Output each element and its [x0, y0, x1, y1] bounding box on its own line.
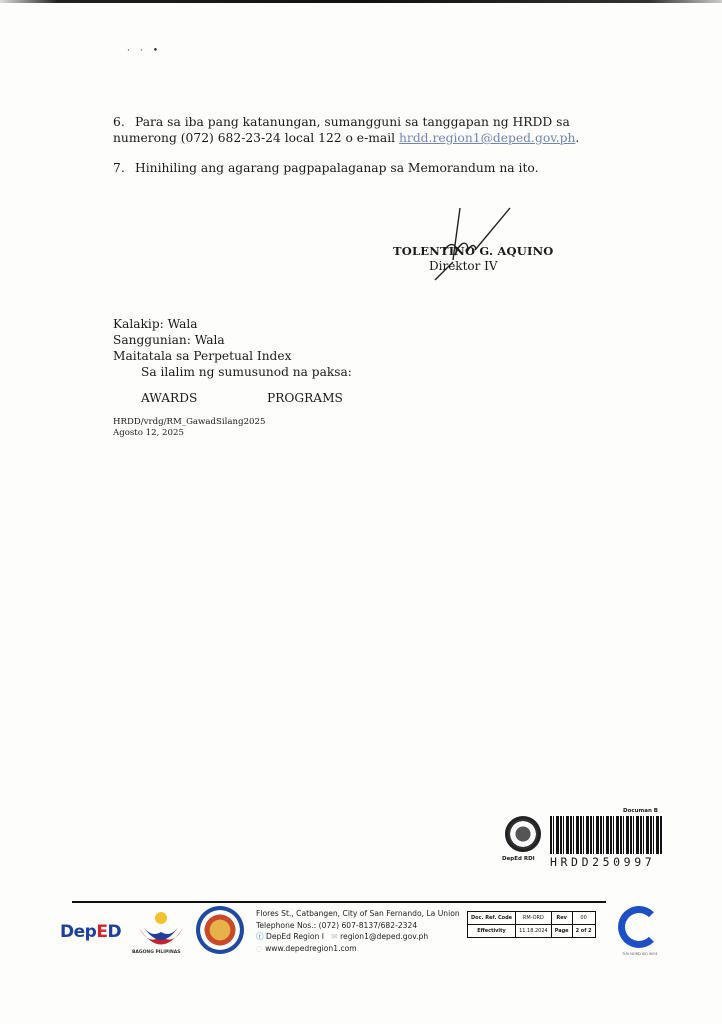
effectivity-label: Effectivity [468, 925, 516, 938]
globe-icon: ◌ [256, 944, 263, 953]
page-label: Page [551, 925, 572, 938]
facebook-page[interactable]: DepEd Region I [266, 932, 324, 941]
bagong-pilipinas-label: BAGONG PILIPINAS [132, 950, 180, 955]
email-link[interactable]: hrdd.region1@deped.gov.ph [399, 131, 575, 145]
reference-date: Agosto 12, 2025 [113, 428, 265, 439]
subject-item: AWARDS [141, 391, 267, 405]
rev-value: 00 [572, 912, 595, 925]
footer-rule [72, 901, 606, 903]
page-value: 2 of 2 [572, 925, 595, 938]
paragraph-7: 7.Hinihiling ang agarang pagpapalaganap … [113, 160, 539, 176]
iso-label: TÜV NORD ISO 9001 [622, 952, 658, 956]
iso-certification-icon [618, 906, 660, 948]
sanggunian: Sanggunian: Wala [113, 332, 352, 348]
facebook-icon: ⓕ [256, 932, 264, 941]
subjects: AWARDSPROGRAMS [141, 391, 393, 405]
seal-label: DepEd RDI [502, 856, 535, 862]
doc-ref-code-label: Doc. Ref. Code [468, 912, 516, 925]
footer-email[interactable]: region1@deped.gov.ph [340, 932, 428, 941]
reference-code: HRDD/vrdg/RM_GawadSilang2025 [113, 417, 265, 428]
barcode-icon [550, 816, 662, 854]
effectivity-value: 11.18.2024 [516, 925, 552, 938]
deped-seal-icon [505, 816, 541, 852]
stamp-label: Documan B [623, 808, 658, 814]
email-icon: ✉ [331, 932, 337, 941]
subject-intro: Sa ilalim ng sumusunod na paksa: [113, 364, 352, 380]
contact-block: Flores St., Catbangen, City of San Ferna… [256, 908, 460, 954]
signature-block: TOLENTINO G. AQUINO Direktor IV [393, 244, 554, 273]
paragraph-number: 6. [113, 114, 135, 130]
deped-region-seal-icon [196, 906, 244, 954]
kalakip: Kalakip: Wala [113, 316, 352, 332]
rev-label: Rev [551, 912, 572, 925]
period: . [575, 131, 579, 145]
subject-item: PROGRAMS [267, 391, 393, 405]
website[interactable]: www.depedregion1.com [265, 944, 357, 953]
telephone: Telephone Nos.: (072) 607-8137/682-2324 [256, 920, 460, 932]
scan-edge [0, 0, 722, 3]
address: Flores St., Catbangen, City of San Ferna… [256, 908, 460, 920]
enclosures-block: Kalakip: Wala Sanggunian: Wala Maitatala… [113, 316, 352, 380]
paragraph-6: 6.Para sa iba pang katanungan, sumanggun… [113, 114, 633, 146]
deped-logo-icon: DepED [60, 922, 121, 942]
reference-block: HRDD/vrdg/RM_GawadSilang2025 Agosto 12, … [113, 417, 265, 439]
document-reference-table: Doc. Ref. Code RM-ORD Rev 00 Effectivity… [467, 911, 596, 938]
barcode-text: HRDD250997 [550, 855, 655, 869]
paragraph-number: 7. [113, 160, 135, 176]
doc-ref-code-value: RM-ORD [516, 912, 552, 925]
scan-specks: ··• [127, 46, 168, 56]
perpetual-index: Maitatala sa Perpetual Index [113, 348, 352, 364]
signatory-name: TOLENTINO G. AQUINO [393, 244, 554, 258]
signatory-title: Direktor IV [429, 259, 554, 273]
paragraph-text: Hinihiling ang agarang pagpapalaganap sa… [135, 161, 539, 175]
